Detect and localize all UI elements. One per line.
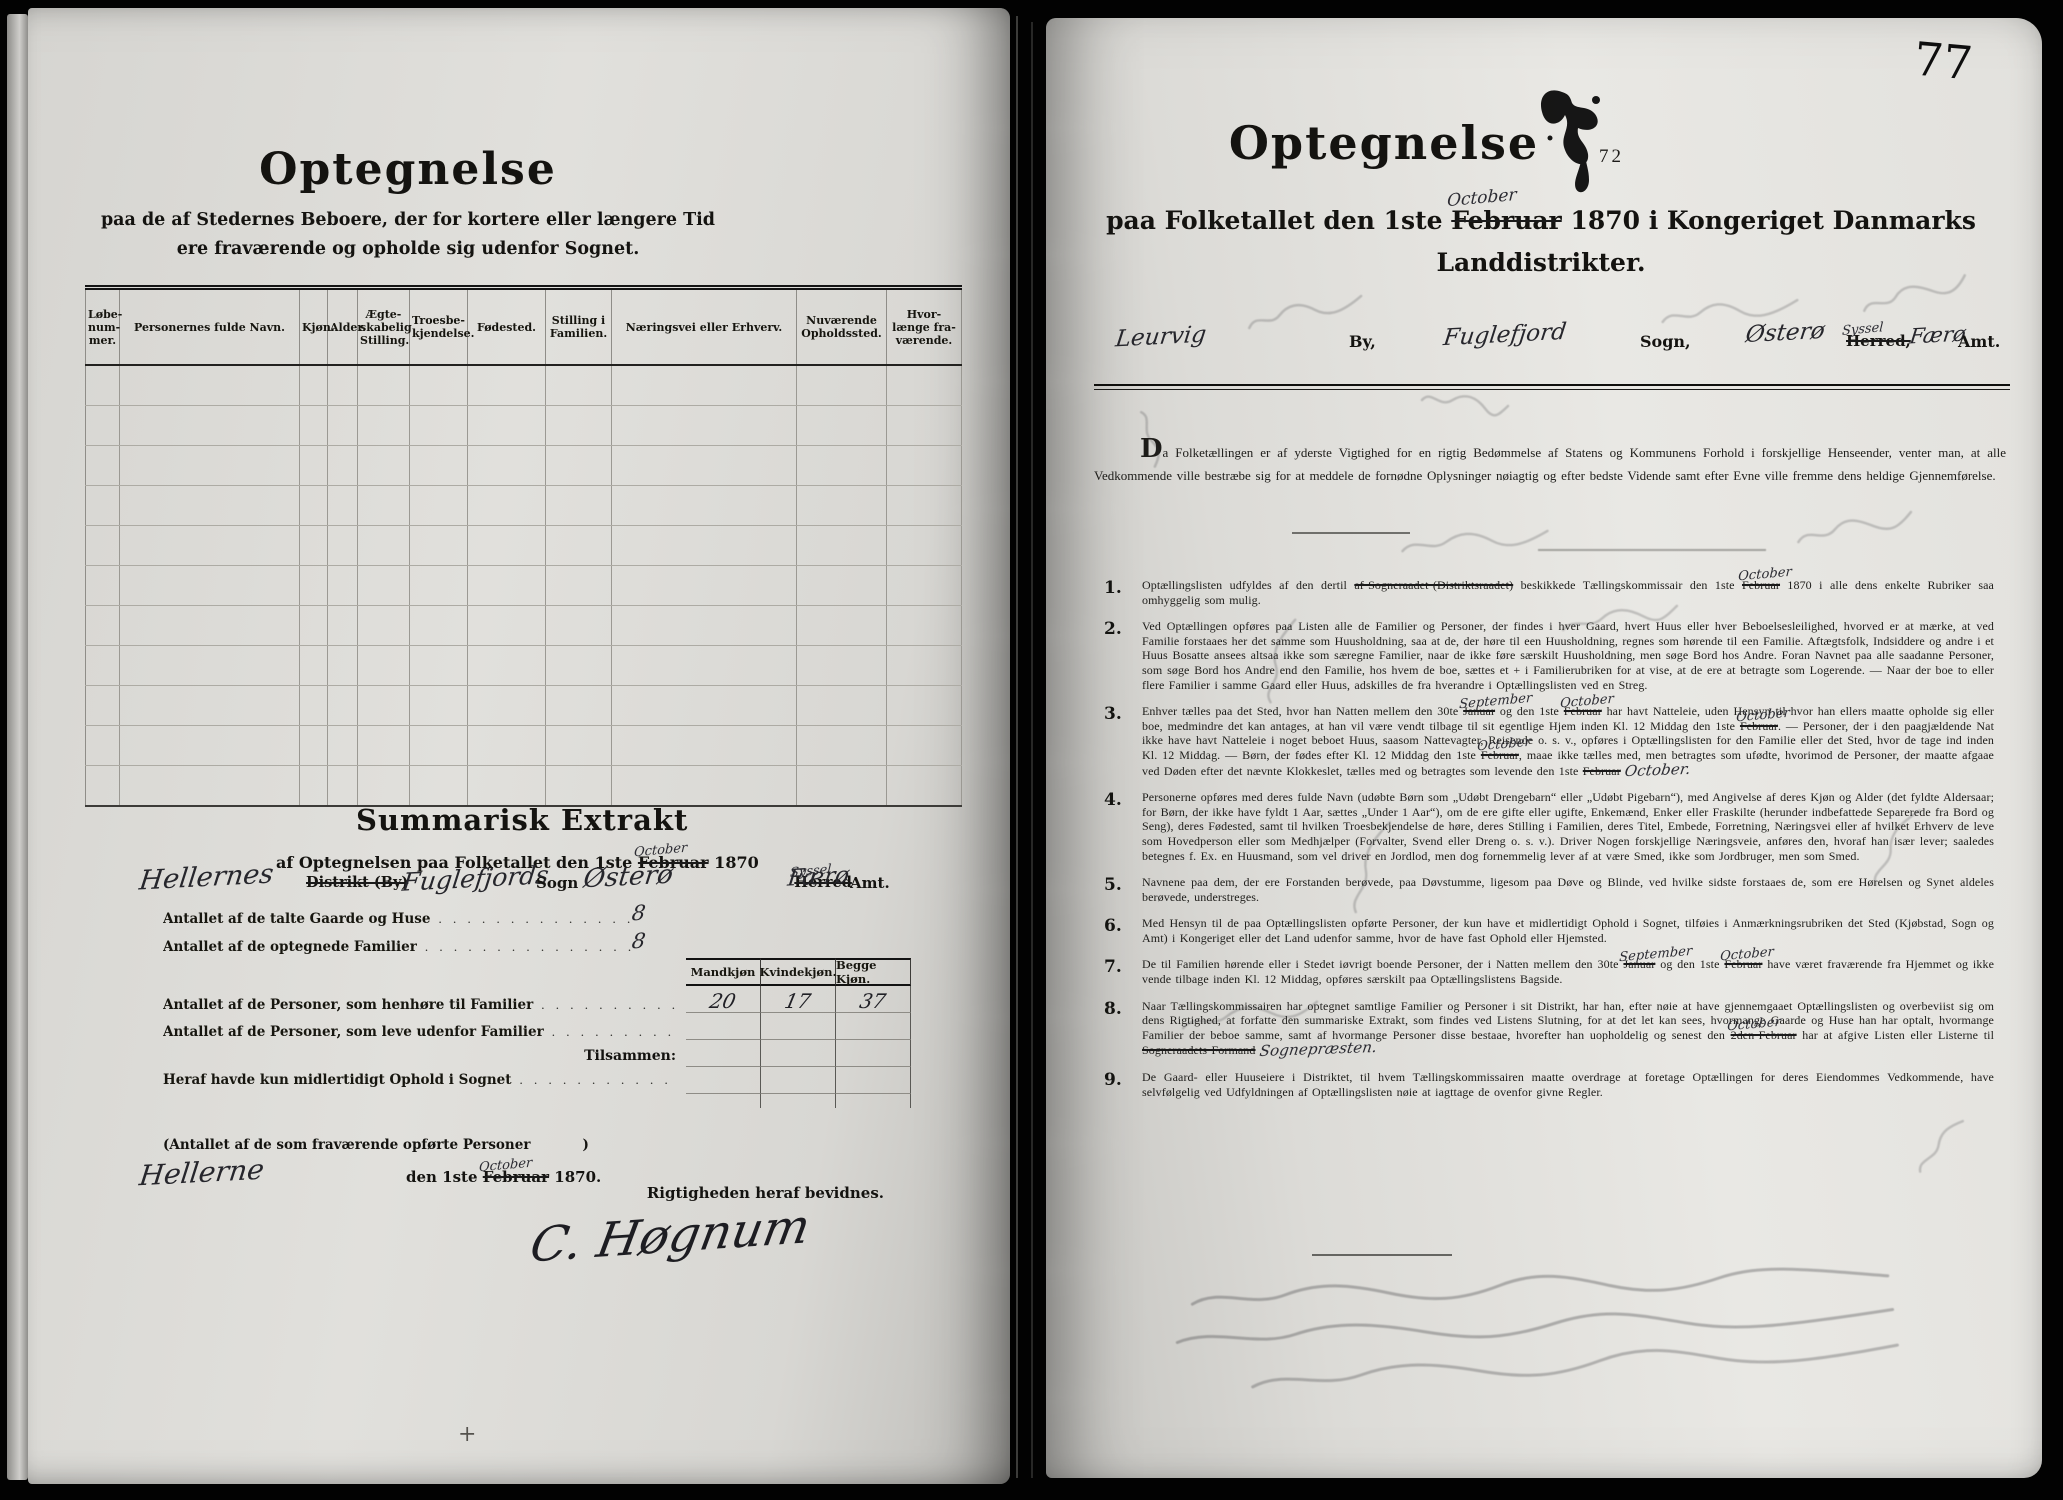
table-empty-cell (120, 566, 300, 606)
struck-text: Februar (483, 1168, 549, 1186)
instruction-item: 1. Optællingslisten udfyldes af den dert… (1104, 578, 1994, 607)
families-count-row: Antallet af de optegnede Familier . . . … (163, 939, 641, 955)
town-label: By, (1349, 332, 1376, 351)
table-empty-cell (300, 446, 328, 486)
table-empty-cell (887, 526, 962, 566)
column-header: Næringsvei eller Erhverv. (612, 288, 797, 366)
date-line: den 1ste FebruarOctober 1870. (406, 1168, 601, 1186)
parish-label: Sogn (536, 874, 578, 892)
table-empty-cell (120, 406, 300, 446)
corrected-passage: FebruarOctober (1481, 748, 1519, 763)
item-number: 3. (1104, 704, 1142, 778)
table-empty-cell (328, 446, 358, 486)
column-header: Hvor-længe fra-værende. (887, 288, 962, 366)
table-empty-cell (358, 686, 410, 726)
table-empty-cell (612, 526, 797, 566)
dot-leader: . . . . . . . . . . . . . . . . . . . . … (533, 997, 679, 1013)
table-empty-cell (120, 606, 300, 646)
double-rule (1094, 384, 2010, 390)
handwritten-parish: Fuglefjord (1442, 319, 1568, 351)
handwritten-amt: Færø (786, 862, 851, 891)
page-fold-edge (1031, 22, 1033, 1478)
instruction-item: 5. Navnene paa dem, der ere Forstanden b… (1104, 875, 1994, 904)
table-empty-cell (410, 606, 468, 646)
printed-text: den 1ste (406, 1168, 483, 1186)
table-empty-cell (410, 766, 468, 807)
instruction-item: 9. De Gaard- eller Huuseiere i Distrikte… (1104, 1070, 1994, 1099)
table-empty-cell (546, 406, 612, 446)
table-empty-row (86, 365, 962, 406)
instruction-item: 4. Personerne opføres med deres fulde Na… (1104, 790, 1994, 863)
row-label: Antallet af de Personer, som henhøre til… (163, 997, 533, 1013)
table-empty-cell (328, 646, 358, 686)
table-empty-cell (358, 606, 410, 646)
table-empty-cell (300, 606, 328, 646)
item-text: Navnene paa dem, der ere Forstanden berø… (1142, 875, 1994, 904)
table-empty-cell (120, 486, 300, 526)
table-empty-row (86, 406, 962, 446)
table-empty-cell (300, 686, 328, 726)
table-empty-cell (300, 406, 328, 446)
table-empty-cell (887, 446, 962, 486)
struck-text: Februar (1481, 748, 1519, 762)
table-empty-row (86, 526, 962, 566)
item-text: Personerne opføres med deres fulde Navn … (1142, 790, 1994, 863)
corrected-passage: FebruarOctober (483, 1168, 549, 1186)
section-divider (1292, 532, 1410, 534)
table-empty-cell (887, 646, 962, 686)
table-empty-cell (300, 566, 328, 606)
table-empty-cell (328, 486, 358, 526)
table-empty-cell (410, 726, 468, 766)
table-empty-cell (468, 446, 546, 486)
houses-count-row: Antallet af de talte Gaarde og Huse . . … (163, 911, 641, 927)
table-empty-cell (887, 686, 962, 726)
instruction-item: 6. Med Hensyn til de paa Optællingsliste… (1104, 916, 1994, 945)
handwritten-correction: October. (1624, 761, 1692, 778)
printed-text: Personerne opføres med deres fulde Navn … (1142, 790, 1994, 862)
table-empty-cell (86, 486, 120, 526)
table-empty-cell (612, 646, 797, 686)
parish-label: Sogn, (1640, 332, 1691, 351)
table-empty-cell (86, 365, 120, 406)
table-empty-cell (612, 406, 797, 446)
table-empty-cell (358, 526, 410, 566)
struck-herred-label: Herred, (1846, 332, 1911, 350)
struck-district-label: Distrikt (By) (306, 874, 408, 891)
table-empty-cell (612, 726, 797, 766)
sum-label: Tilsammen: (428, 1048, 676, 1064)
right-page: 77 Optegnelse 72 paa Folketallet den 1st… (1046, 18, 2042, 1478)
struck-text: Februar (1742, 578, 1780, 592)
table-empty-row (86, 606, 962, 646)
table-empty-cell (546, 686, 612, 726)
table-empty-cell (300, 365, 328, 406)
table-empty-cell (86, 726, 120, 766)
row-label: Antallet af de optegnede Familier (163, 939, 417, 955)
row-label: Antallet af de talte Gaarde og Huse (163, 911, 430, 927)
table-empty-cell (86, 406, 120, 446)
table-empty-cell (797, 526, 887, 566)
printed-text: og den 1ste (1655, 957, 1724, 971)
amt-label: Amt. (1958, 332, 2000, 351)
table-empty-cell (86, 646, 120, 686)
handwritten-herred: Østerø (1744, 318, 1826, 348)
table-empty-cell (546, 526, 612, 566)
handwritten-town: Leurvig (1114, 322, 1208, 353)
table-empty-cell (410, 686, 468, 726)
table-empty-cell (120, 686, 300, 726)
row-label: Antallet af de Personer, som leve udenfo… (163, 1024, 544, 1040)
section-divider-faint (1538, 549, 1766, 551)
table-empty-cell (120, 446, 300, 486)
table-empty-cell (300, 726, 328, 766)
table-empty-cell (612, 606, 797, 646)
corner-page-mark: 77 (1912, 32, 1975, 91)
table-empty-cell (410, 566, 468, 606)
table-empty-cell (546, 646, 612, 686)
amt-label: Amt. (850, 874, 890, 892)
table-empty-cell (468, 526, 546, 566)
page-fold-edge (1016, 16, 1018, 1478)
table-empty-cell (120, 526, 300, 566)
table-empty-cell (358, 566, 410, 606)
scanned-census-spread: Optegnelse paa de af Stedernes Beboere, … (0, 0, 2063, 1500)
table-empty-cell (546, 566, 612, 606)
location-form-line: Leurvig By, Fuglefjord Sogn, Østerø Herr… (1046, 318, 2042, 368)
instruction-item: 2. Ved Optællingen opføres paa Listen al… (1104, 619, 1994, 692)
table-empty-cell (120, 726, 300, 766)
table-empty-cell (612, 566, 797, 606)
printed-text: Enhver tælles paa det Sted, hvor han Nat… (1142, 704, 1463, 718)
persons-in-families-row: Antallet af de Personer, som henhøre til… (163, 997, 679, 1013)
item-text: Ved Optællingen opføres paa Listen alle … (1142, 619, 1994, 692)
table-empty-cell (328, 406, 358, 446)
table-empty-cell (300, 646, 328, 686)
houses-count-value: 8 (630, 901, 646, 926)
table-empty-cell (86, 766, 120, 807)
struck-text: Februar (1564, 704, 1602, 718)
persons-outside-families-row: Antallet af de Personer, som leve udenfo… (163, 1024, 679, 1040)
item-number: 5. (1104, 875, 1142, 904)
pen-cross-mark: + (458, 1422, 476, 1447)
struck-text: af Sogneraadet (Distriktsraadet) (1354, 578, 1513, 592)
item-text: Optællingslisten udfyldes af den dertil … (1142, 578, 1994, 607)
item-text: De Gaard- eller Huuseiere i Distriktet, … (1142, 1070, 1994, 1099)
item-text: Enhver tælles paa det Sted, hvor han Nat… (1142, 704, 1994, 778)
table-empty-cell (887, 406, 962, 446)
table-empty-cell (612, 766, 797, 807)
item-text: Naar Tællingskommissairen har optegnet s… (1142, 999, 1994, 1058)
table-empty-cell (86, 526, 120, 566)
corrected-passage: JanuarSeptember (1623, 957, 1655, 972)
table-empty-cell (546, 766, 612, 807)
table-empty-cell (612, 486, 797, 526)
table-empty-cell (328, 566, 358, 606)
corrected-passage: FebruarOctober (1564, 704, 1602, 719)
table-empty-row (86, 726, 962, 766)
table-empty-cell (328, 686, 358, 726)
total-count: 37 (858, 990, 888, 1012)
corrected-passage: 2den FebruarOctober (1731, 1028, 1797, 1043)
count-column-header: Begge Kjøn. (836, 958, 911, 986)
table-empty-cell (120, 766, 300, 807)
table-empty-cell (546, 446, 612, 486)
corrected-passage: JanuarSeptember (1463, 704, 1495, 719)
printed-text: Navnene paa dem, der ere Forstanden berø… (1142, 875, 1994, 904)
table-empty-cell (546, 365, 612, 406)
struck-text: Februar (1740, 719, 1778, 733)
dot-leader: . . . . . . . . . . . . . . . . . . . . … (544, 1024, 679, 1040)
table-empty-cell (546, 606, 612, 646)
printed-text: og den 1ste (1495, 704, 1564, 718)
column-header: Ægte-skabelig Stilling. (358, 288, 410, 366)
table-empty-cell (86, 606, 120, 646)
table-empty-cell (358, 446, 410, 486)
extract-title: Summarisk Extrakt (356, 803, 688, 837)
corrected-passage: FebruarOctober (1724, 957, 1762, 972)
instruction-item: 7. De til Familien hørende eller i Stede… (1104, 957, 1994, 986)
table-empty-cell (328, 365, 358, 406)
left-page: Optegnelse paa de af Stedernes Beboere, … (28, 8, 1010, 1484)
table-empty-cell (86, 686, 120, 726)
printed-text: Med Hensyn til de paa Optællingslisten o… (1142, 916, 1994, 945)
struck-text: Sogneraadets Formand (1142, 1043, 1256, 1057)
table-empty-row (86, 646, 962, 686)
corrected-passage: af Sogneraadet (Distriktsraadet) (1354, 578, 1513, 593)
printed-text: Ved Optællingen opføres paa Listen alle … (1142, 619, 1994, 691)
printed-text: De Gaard- eller Huuseiere i Distriktet, … (1142, 1070, 1994, 1099)
struck-text: Februar (1724, 957, 1762, 971)
table-empty-row (86, 686, 962, 726)
printed-text: Optællingslisten udfyldes af den dertil (1142, 578, 1354, 592)
table-empty-cell (887, 566, 962, 606)
left-page-subtitle: paa de af Stedernes Beboere, der for kor… (98, 206, 718, 264)
sex-count-table: Mandkjøn Kvindekjøn. Begge Kjøn. 20 17 3… (686, 958, 911, 1108)
struck-text: Januar (1623, 957, 1655, 971)
right-page-subtitle-line2: Landdistrikter. (1074, 248, 2008, 277)
table-empty-cell (468, 406, 546, 446)
underlying-page-edge (7, 14, 28, 1480)
item-number: 8. (1104, 999, 1142, 1058)
table-empty-cell (887, 365, 962, 406)
handwritten-correction: Sognepræsten. (1258, 1040, 1377, 1059)
table-empty-cell (468, 726, 546, 766)
column-header: Stilling i Familien. (546, 288, 612, 366)
column-header: Personernes fulde Navn. (120, 288, 300, 366)
column-header: Alder. (328, 288, 358, 366)
table-empty-cell (358, 726, 410, 766)
end-divider (1312, 1254, 1452, 1256)
table-empty-cell (410, 526, 468, 566)
struck-text: 2den Februar (1731, 1028, 1797, 1042)
table-empty-cell (468, 566, 546, 606)
table-empty-cell (300, 486, 328, 526)
table-empty-cell (328, 766, 358, 807)
instructions-list: 1. Optællingslisten udfyldes af den dert… (1104, 578, 1994, 1111)
table-empty-cell (468, 365, 546, 406)
dot-leader: . . . . . . . . . . . . . . . . . . . . … (430, 911, 641, 927)
item-number: 1. (1104, 578, 1142, 607)
item-number: 4. (1104, 790, 1142, 863)
temporary-stay-row: Heraf havde kun midlertidigt Ophold i So… (163, 1072, 668, 1088)
signature: C. Høgnum (526, 1198, 814, 1273)
column-header: Kjøn. (300, 288, 328, 366)
table-empty-cell (797, 606, 887, 646)
corrected-passage: FebruarOctober (1451, 206, 1562, 235)
table-empty-cell (797, 406, 887, 446)
row-label: (Antallet af de som fraværende opførte P… (163, 1137, 530, 1153)
count-column-header: Kvindekjøn. (761, 958, 836, 986)
table-empty-cell (358, 406, 410, 446)
handwritten-parish: Fuglefjords (401, 860, 551, 897)
table-empty-row (86, 566, 962, 606)
right-page-title: Optegnelse (1124, 116, 1644, 170)
table-empty-cell (120, 646, 300, 686)
printed-text: De til Familien hørende eller i Stedet i… (1142, 957, 1623, 971)
table-empty-cell (410, 446, 468, 486)
printed-page-number: 72 (1599, 146, 1624, 168)
table-empty-cell (887, 606, 962, 646)
table-empty-row (86, 446, 962, 486)
table-empty-cell (410, 365, 468, 406)
row-label: Heraf havde kun midlertidigt Ophold i So… (163, 1072, 511, 1088)
struck-text: Februar (1451, 206, 1562, 235)
dot-leader: . . . . . . . . . . . . . . . . . . . . … (511, 1072, 668, 1088)
table-empty-cell (797, 726, 887, 766)
table-empty-cell (120, 365, 300, 406)
instruction-item: 8. Naar Tællingskommissairen har optegne… (1104, 999, 1994, 1058)
table-empty-cell (546, 726, 612, 766)
male-count: 20 (708, 990, 738, 1012)
printed-text: paa Folketallet den 1ste (1106, 206, 1451, 235)
printed-text: beskikkede Tællingskommissair den 1ste (1513, 578, 1742, 592)
table-empty-cell (797, 566, 887, 606)
table-empty-cell (797, 365, 887, 406)
table-empty-cell (468, 646, 546, 686)
table-empty-cell (468, 486, 546, 526)
table-empty-cell (358, 486, 410, 526)
item-text: Med Hensyn til de paa Optællingslisten o… (1142, 916, 1994, 945)
absentees-table: Løbe-num-mer. Personernes fulde Navn. Kj… (85, 285, 962, 807)
item-number: 2. (1104, 619, 1142, 692)
table-empty-cell (887, 726, 962, 766)
item-number: 9. (1104, 1070, 1142, 1099)
table-empty-cell (887, 486, 962, 526)
table-empty-cell (358, 646, 410, 686)
table-empty-cell (468, 766, 546, 807)
handwritten-place: Hellerne (137, 1153, 266, 1192)
corrected-passage: FebruarOctober (1740, 719, 1778, 734)
table-empty-cell (328, 526, 358, 566)
corrected-passage: FebruarOctober (1742, 578, 1780, 593)
left-page-title: Optegnelse (98, 144, 718, 195)
table-empty-cell (468, 686, 546, 726)
table-empty-cell (358, 365, 410, 406)
item-number: 7. (1104, 957, 1142, 986)
instruction-item: 3. Enhver tælles paa det Sted, hvor han … (1104, 704, 1994, 778)
column-header: Fødested. (468, 288, 546, 366)
extract-district-line: Hellernes Distrikt (By) Fuglefjords Sogn… (28, 860, 1010, 904)
handwritten-district: Hellernes (138, 859, 276, 897)
table-empty-cell (300, 526, 328, 566)
table-empty-cell (328, 606, 358, 646)
table-empty-cell (328, 726, 358, 766)
handwritten-herred: Østerø (582, 860, 675, 895)
table-empty-cell (797, 686, 887, 726)
table-empty-cell (797, 486, 887, 526)
count-column-header: Mandkjøn (686, 958, 761, 986)
table-empty-cell (468, 606, 546, 646)
table-empty-cell (797, 646, 887, 686)
families-count-value: 8 (630, 929, 646, 954)
table-empty-cell (612, 446, 797, 486)
struck-text: Januar (1463, 704, 1495, 718)
corrected-herred: Herred, Syssel (1846, 332, 1911, 351)
table-empty-cell (300, 766, 328, 807)
female-count: 17 (783, 990, 813, 1012)
table-empty-cell (358, 766, 410, 807)
intro-paragraph: Da Folketællingen er af yderste Vigtighe… (1094, 438, 2006, 487)
table-empty-cell (797, 446, 887, 486)
table-empty-cell (612, 686, 797, 726)
table-empty-row (86, 766, 962, 807)
table-empty-cell (410, 486, 468, 526)
absent-persons-row: (Antallet af de som fraværende opførte P… (163, 1136, 589, 1154)
attestation-label: Rigtigheden heraf bevidnes. (584, 1184, 884, 1202)
right-page-subtitle: paa Folketallet den 1ste FebruarOctober … (1074, 206, 2008, 235)
item-number: 6. (1104, 916, 1142, 945)
column-header: Troesbe-kjendelse. (410, 288, 468, 366)
column-header: Nuværende Opholdssted. (797, 288, 887, 366)
closing-paren: ) (582, 1137, 588, 1153)
printed-text: har at afgive Listen eller Listerne til (1797, 1028, 1994, 1042)
column-header: Løbe-num-mer. (86, 288, 120, 366)
table-empty-cell (86, 446, 120, 486)
table-header-row: Løbe-num-mer. Personernes fulde Navn. Kj… (86, 288, 962, 366)
printed-text: 1870 i Kongeriget Danmarks (1562, 206, 1976, 235)
table-empty-cell (410, 646, 468, 686)
item-text: De til Familien hørende eller i Stedet i… (1142, 957, 1994, 986)
table-empty-cell (887, 766, 962, 807)
table-empty-cell (86, 566, 120, 606)
table-empty-cell (797, 766, 887, 807)
table-empty-cell (410, 406, 468, 446)
table-empty-cell (612, 365, 797, 406)
table-empty-cell (546, 486, 612, 526)
struck-text: Februar (1583, 764, 1621, 778)
dot-leader: . . . . . . . . . . . . . . . . . . . . … (417, 939, 641, 955)
table-empty-row (86, 486, 962, 526)
